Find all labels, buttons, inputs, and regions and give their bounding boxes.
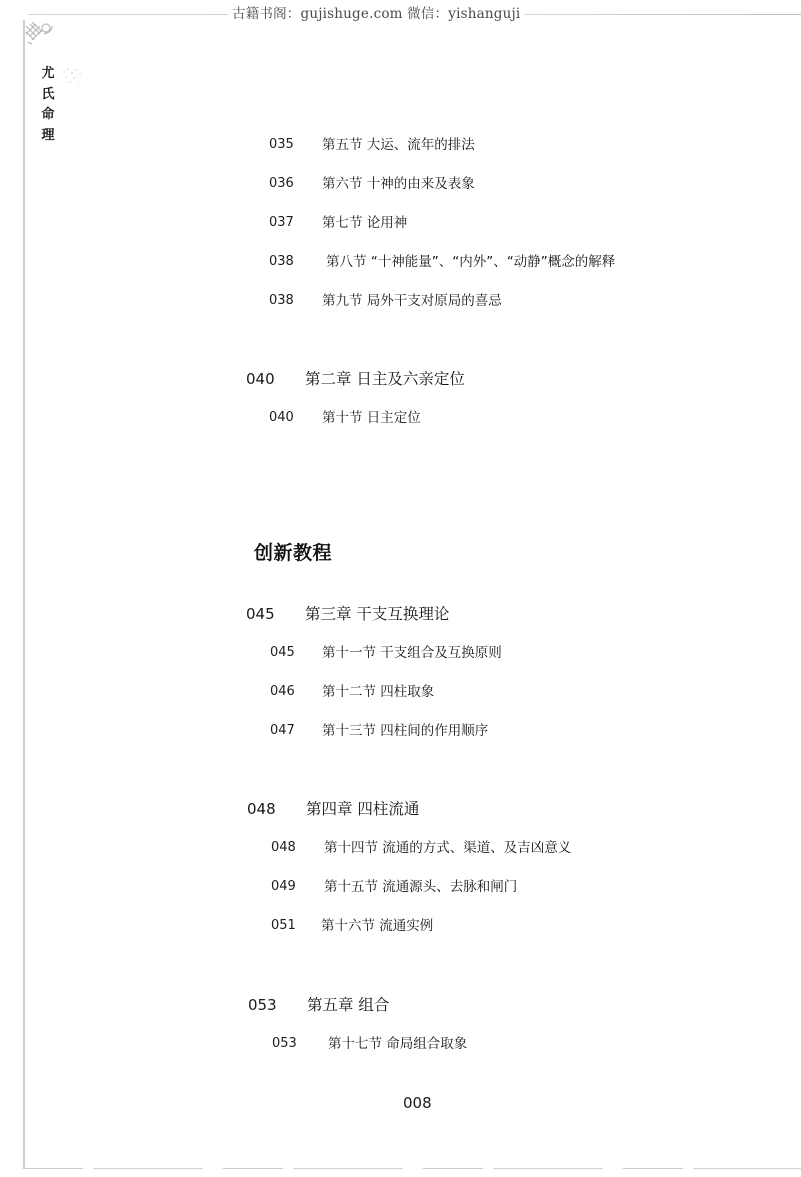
toc-page-number: 040 bbox=[269, 409, 294, 427]
toc-page-number: 036 bbox=[269, 175, 294, 193]
chinese-knot-ornament-icon bbox=[22, 20, 58, 56]
side-book-title: 尤 氏 命 理 bbox=[40, 64, 56, 146]
toc-section-title: 第十四节 流通的方式、渠道、及吉凶意义 bbox=[324, 839, 571, 857]
toc-section-title: 第七节 论用神 bbox=[322, 214, 407, 232]
side-title-char: 尤 bbox=[40, 64, 56, 85]
side-title-char: 命 bbox=[40, 105, 56, 126]
page-number: 008 bbox=[403, 1094, 432, 1112]
toc-page-number: 047 bbox=[270, 722, 295, 740]
toc-page-number: 038 bbox=[269, 253, 294, 271]
toc-page-number: 053 bbox=[272, 1035, 297, 1053]
side-title-char: 氏 bbox=[40, 85, 56, 106]
toc-section-title: 第十六节 流通实例 bbox=[321, 917, 433, 935]
toc-page-number: 053 bbox=[248, 996, 277, 1014]
side-title-char: 理 bbox=[40, 126, 56, 147]
toc-section-title: 第十一节 干支组合及互换原则 bbox=[322, 644, 502, 662]
toc-page-number: 035 bbox=[269, 136, 294, 154]
watermark-text: 古籍书阁：gujishuge.com 微信：yishanguji bbox=[228, 4, 524, 24]
toc-section-title: 第十五节 流通源头、去脉和闸门 bbox=[324, 878, 517, 896]
toc-chapter-title: 第四章 四柱流通 bbox=[306, 800, 419, 818]
toc-section-title: 第十节 日主定位 bbox=[322, 409, 421, 427]
toc-page-number: 045 bbox=[246, 605, 275, 623]
toc-chapter-title: 第三章 干支互换理论 bbox=[305, 605, 449, 623]
toc-section-title: 第十七节 命局组合取象 bbox=[328, 1035, 467, 1053]
left-frame-rule bbox=[23, 20, 25, 1168]
decorative-speckle-icon bbox=[58, 64, 88, 90]
toc-page-number: 048 bbox=[271, 839, 296, 857]
toc-section-title: 第十三节 四柱间的作用顺序 bbox=[322, 722, 488, 740]
toc-page-number: 040 bbox=[246, 370, 275, 388]
toc-chapter-title: 第五章 组合 bbox=[307, 996, 389, 1014]
toc-page-number: 037 bbox=[269, 214, 294, 232]
part-heading: 创新教程 bbox=[254, 538, 332, 565]
toc-chapter-title: 第二章 日主及六亲定位 bbox=[305, 370, 465, 388]
toc-section-title: 第五节 大运、流年的排法 bbox=[322, 136, 475, 154]
toc-page-number: 049 bbox=[271, 878, 296, 896]
toc-section-title: 第十二节 四柱取象 bbox=[322, 683, 434, 701]
toc-page-number: 045 bbox=[270, 644, 295, 662]
toc-page-number: 038 bbox=[269, 292, 294, 310]
toc-section-title: 第九节 局外干支对原局的喜忌 bbox=[322, 292, 502, 310]
bottom-frame-rule bbox=[23, 1168, 801, 1169]
toc-section-title: 第八节 “十神能量”、“内外”、“动静”概念的解释 bbox=[326, 253, 615, 271]
toc-page-number: 046 bbox=[270, 683, 295, 701]
toc-page-number: 048 bbox=[247, 800, 276, 818]
toc-page-number: 051 bbox=[271, 917, 296, 935]
toc-section-title: 第六节 十神的由来及表象 bbox=[322, 175, 475, 193]
